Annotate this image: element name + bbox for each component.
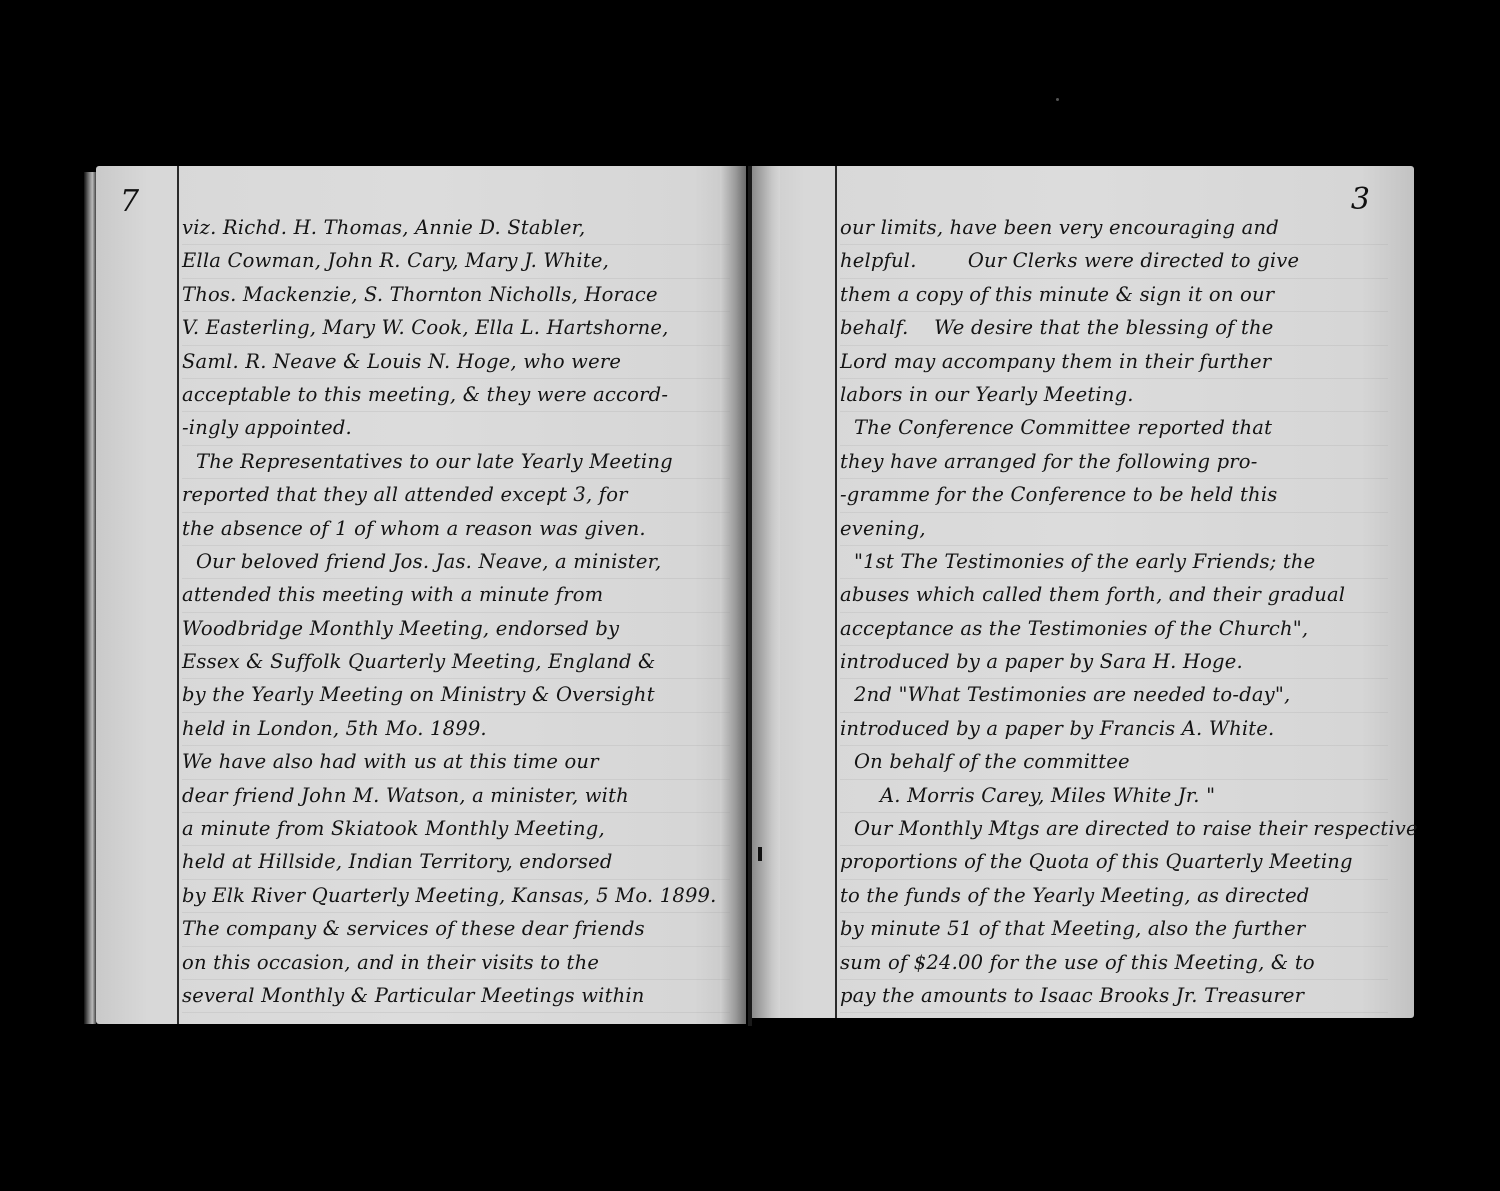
text-line: The company & services of these dear fri… [182, 913, 730, 946]
text-line: held at Hillside, Indian Territory, endo… [182, 846, 730, 879]
text-line: acceptable to this meeting, & they were … [182, 379, 730, 412]
text-line: proportions of the Quota of this Quarter… [840, 846, 1388, 879]
text-line: -gramme for the Conference to be held th… [840, 479, 1388, 512]
text-line: abuses which called them forth, and thei… [840, 579, 1388, 612]
text-line: the absence of 1 of whom a reason was gi… [182, 513, 730, 546]
margin-rule [177, 166, 179, 1024]
text-line: them a copy of this minute & sign it on … [840, 279, 1388, 312]
text-line: evening, [840, 513, 1388, 546]
text-line: Saml. R. Neave & Louis N. Hoge, who were [182, 346, 730, 379]
text-line: Essex & Suffolk Quarterly Meeting, Engla… [182, 646, 730, 679]
text-line: labors in our Yearly Meeting. [840, 379, 1388, 412]
dust-speck [1056, 98, 1059, 101]
book-spread: 7 viz. Richd. H. Thomas, Annie D. Stable… [0, 0, 1500, 1191]
margin-rule [835, 166, 837, 1018]
text-line: behalf. We desire that the blessing of t… [840, 312, 1388, 345]
text-line: The Representatives to our late Yearly M… [182, 446, 730, 479]
binding-mark [758, 847, 762, 861]
text-line: held in London, 5th Mo. 1899. [182, 713, 730, 746]
handwritten-text: our limits, have been very encouraging a… [840, 212, 1388, 1013]
text-line: by the Yearly Meeting on Ministry & Over… [182, 679, 730, 712]
text-line: Lord may accompany them in their further [840, 346, 1388, 379]
text-line: to the funds of the Yearly Meeting, as d… [840, 880, 1388, 913]
text-line: "1st The Testimonies of the early Friend… [840, 546, 1388, 579]
text-line: -ingly appointed. [182, 412, 730, 445]
text-line: our limits, have been very encouraging a… [840, 212, 1388, 245]
text-line: On behalf of the committee [840, 746, 1388, 779]
text-line: V. Easterling, Mary W. Cook, Ella L. Har… [182, 312, 730, 345]
text-line: by minute 51 of that Meeting, also the f… [840, 913, 1388, 946]
text-line: introduced by a paper by Sara H. Hoge. [840, 646, 1388, 679]
gutter-shadow [752, 166, 780, 1018]
text-line: dear friend John M. Watson, a minister, … [182, 780, 730, 813]
text-line: helpful. Our Clerks were directed to giv… [840, 245, 1388, 278]
text-line: attended this meeting with a minute from [182, 579, 730, 612]
text-line: pay the amounts to Isaac Brooks Jr. Trea… [840, 980, 1388, 1013]
text-line: Woodbridge Monthly Meeting, endorsed by [182, 613, 730, 646]
text-line: introduced by a paper by Francis A. Whit… [840, 713, 1388, 746]
book-edge [84, 172, 96, 1024]
left-page: 7 viz. Richd. H. Thomas, Annie D. Stable… [96, 166, 746, 1024]
handwritten-text: viz. Richd. H. Thomas, Annie D. Stabler,… [182, 212, 730, 1013]
text-line: 2nd "What Testimonies are needed to-day"… [840, 679, 1388, 712]
text-line: reported that they all attended except 3… [182, 479, 730, 512]
text-line: The Conference Committee reported that [840, 412, 1388, 445]
text-line: several Monthly & Particular Meetings wi… [182, 980, 730, 1013]
text-line: acceptance as the Testimonies of the Chu… [840, 613, 1388, 646]
text-line: by Elk River Quarterly Meeting, Kansas, … [182, 880, 730, 913]
text-line: a minute from Skiatook Monthly Meeting, [182, 813, 730, 846]
text-line: they have arranged for the following pro… [840, 446, 1388, 479]
text-line: Ella Cowman, John R. Cary, Mary J. White… [182, 245, 730, 278]
text-line: A. Morris Carey, Miles White Jr. " [840, 780, 1388, 813]
text-line: We have also had with us at this time ou… [182, 746, 730, 779]
text-line: sum of $24.00 for the use of this Meetin… [840, 947, 1388, 980]
text-line: viz. Richd. H. Thomas, Annie D. Stabler, [182, 212, 730, 245]
text-line: Our beloved friend Jos. Jas. Neave, a mi… [182, 546, 730, 579]
text-line: Thos. Mackenzie, S. Thornton Nicholls, H… [182, 279, 730, 312]
right-page: 3 our limits, have been very encouraging… [752, 166, 1414, 1018]
text-line: on this occasion, and in their visits to… [182, 947, 730, 980]
text-line: Our Monthly Mtgs are directed to raise t… [840, 813, 1388, 846]
page-number: 7 [120, 184, 139, 219]
